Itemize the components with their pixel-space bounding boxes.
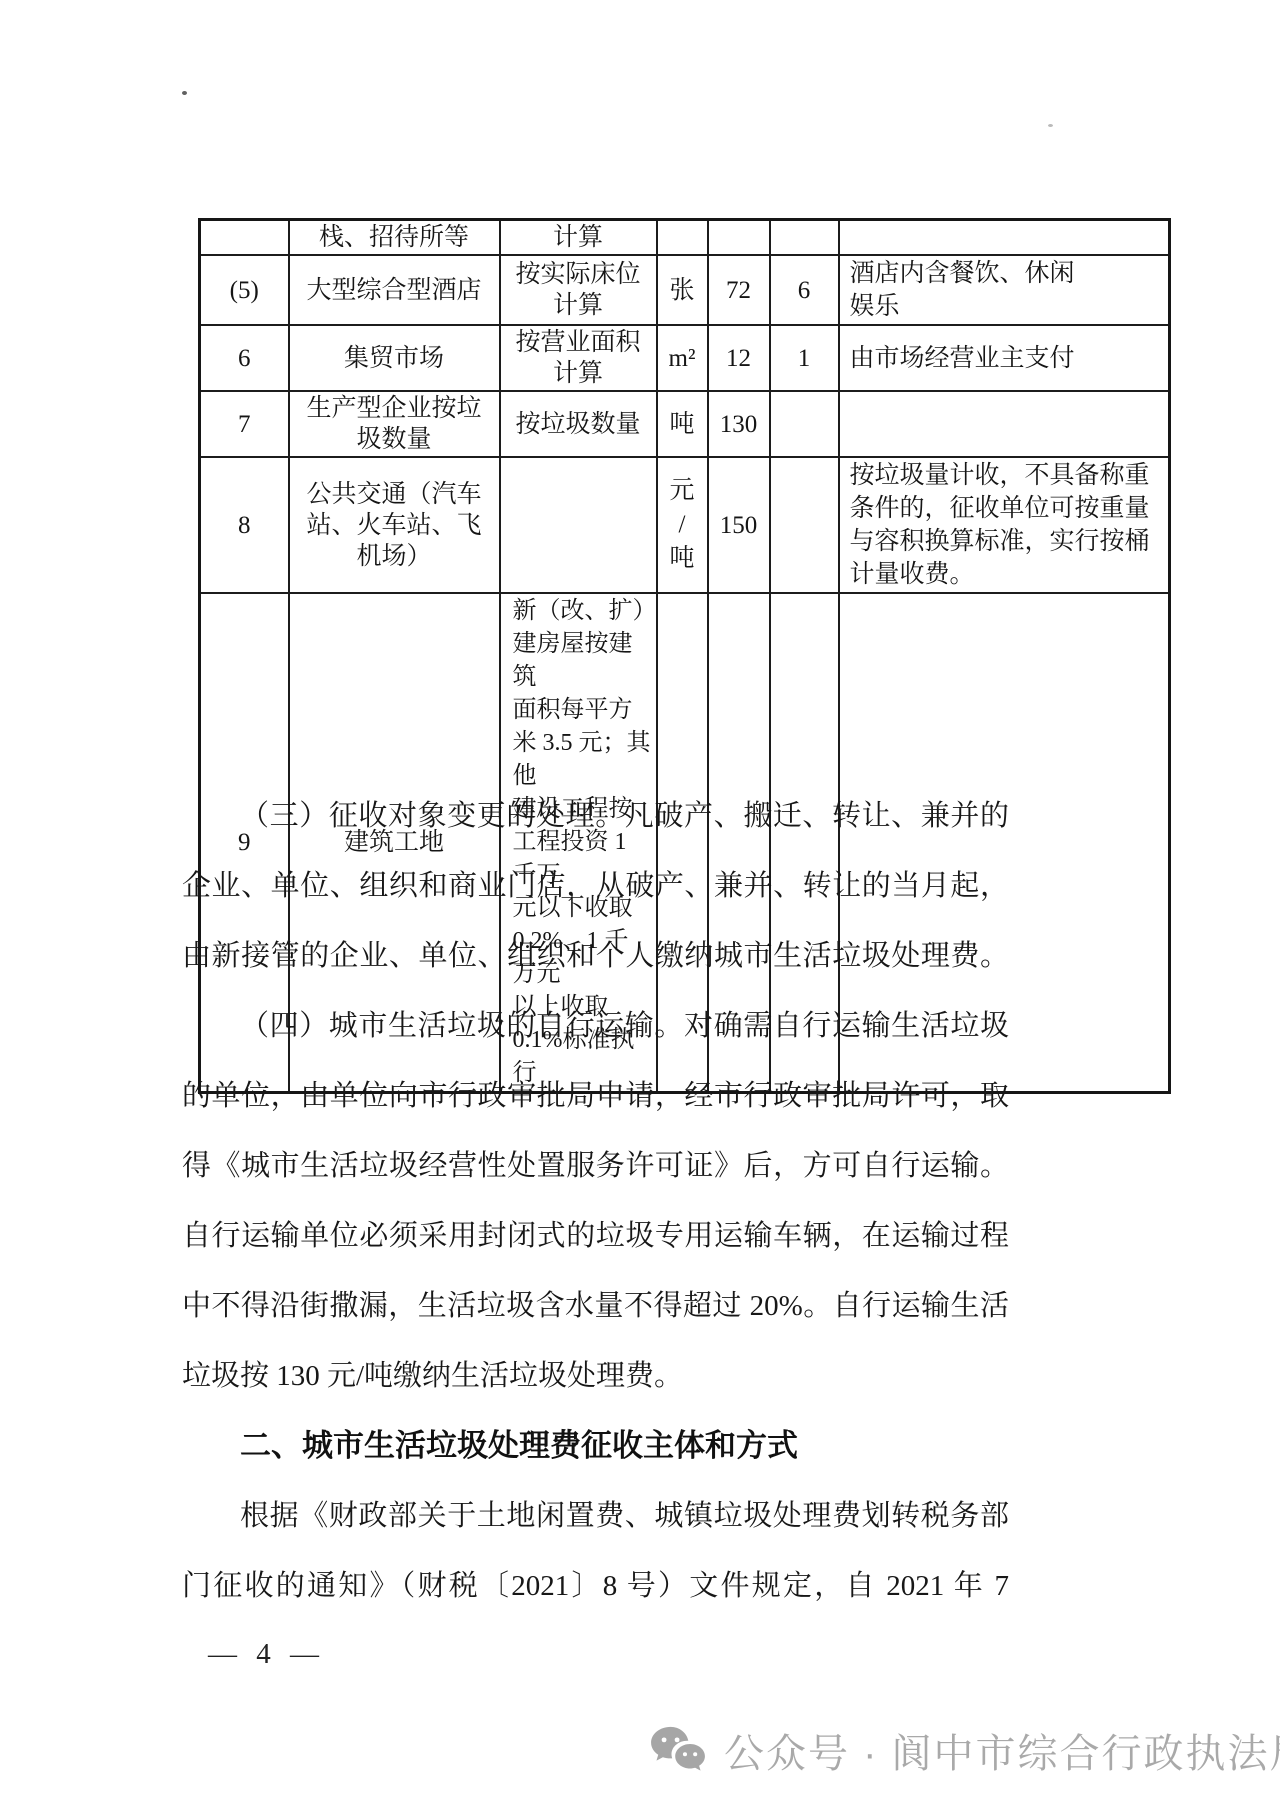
paragraph-line: （四）城市生活垃圾的自行运输。对确需自行运输生活垃圾	[182, 991, 1009, 1061]
cell-remark	[839, 220, 1170, 256]
cell-seq: 7	[200, 391, 289, 457]
paragraph-line: 的单位，由单位向市行政审批局申请，经市行政审批局许可，取	[182, 1061, 1009, 1131]
cell-seq: 8	[200, 457, 289, 593]
table-row: (5) 大型综合型酒店 按实际床位 计算 张 72 6 酒店内含餐饮、休闲 娱乐	[200, 255, 1170, 325]
scan-speck	[1048, 124, 1053, 127]
cell-remark	[839, 391, 1170, 457]
cell-category: 集贸市场	[289, 325, 500, 391]
scan-speck	[182, 91, 187, 95]
wechat-icon	[648, 1725, 708, 1777]
section-heading: 二、城市生活垃圾处理费征收主体和方式	[182, 1411, 1009, 1481]
cell-standard: 130	[708, 391, 770, 457]
table-row: 6 集贸市场 按营业面积 计算 m² 12 1 由市场经营业主支付	[200, 325, 1170, 391]
cell-category: 生产型企业按垃 圾数量	[289, 391, 500, 457]
cell-unit	[657, 220, 708, 256]
cell-category: 大型综合型酒店	[289, 255, 500, 325]
cell-standard: 72	[708, 255, 770, 325]
cell-unit: 元 / 吨	[657, 457, 708, 593]
cell-level	[770, 457, 839, 593]
cell-level: 6	[770, 255, 839, 325]
cell-unit: 张	[657, 255, 708, 325]
cell-category: 公共交通（汽车 站、火车站、飞 机场）	[289, 457, 500, 593]
cell-seq: (5)	[200, 255, 289, 325]
cell-remark: 由市场经营业主支付	[839, 325, 1170, 391]
cell-category: 栈、招待所等	[289, 220, 500, 256]
paragraph-line: 企业、单位、组织和商业门店，从破产、兼并、转让的当月起，	[182, 851, 1009, 921]
cell-level: 1	[770, 325, 839, 391]
paragraph-line: 由新接管的企业、单位、组织和个人缴纳城市生活垃圾处理费。	[182, 921, 1009, 991]
cell-standard: 12	[708, 325, 770, 391]
paragraph-line: 中不得沿街撒漏，生活垃圾含水量不得超过 20%。自行运输生活	[182, 1271, 1009, 1341]
cell-standard: 150	[708, 457, 770, 593]
paragraph-line: 自行运输单位必须采用封闭式的垃圾专用运输车辆，在运输过程	[182, 1201, 1009, 1271]
paragraph-line: 根据《财政部关于土地闲置费、城镇垃圾处理费划转税务部	[182, 1481, 1009, 1551]
paragraph-line: （三）征收对象变更的处理。凡破产、搬迁、转让、兼并的	[182, 781, 1009, 851]
cell-level	[770, 220, 839, 256]
cell-method: 按垃圾数量	[500, 391, 657, 457]
cell-unit: 吨	[657, 391, 708, 457]
footer-banner: 公众号 · 阆中市综合行政执法局	[648, 1722, 1280, 1779]
document-body: （三）征收对象变更的处理。凡破产、搬迁、转让、兼并的 企业、单位、组织和商业门店…	[182, 781, 1009, 1621]
table-row: 栈、招待所等 计算	[200, 220, 1170, 256]
paragraph-line: 得《城市生活垃圾经营性处置服务许可证》后，方可自行运输。	[182, 1131, 1009, 1201]
cell-method	[500, 457, 657, 593]
paragraph-line: 垃圾按 130 元/吨缴纳生活垃圾处理费。	[182, 1341, 1009, 1411]
cell-standard	[708, 220, 770, 256]
cell-seq: 6	[200, 325, 289, 391]
table-row: 8 公共交通（汽车 站、火车站、飞 机场） 元 / 吨 150 按垃圾量计收，不…	[200, 457, 1170, 593]
cell-method: 按实际床位 计算	[500, 255, 657, 325]
cell-remark: 酒店内含餐饮、休闲 娱乐	[839, 255, 1170, 325]
footer-account-label: 公众号 · 阆中市综合行政执法局	[724, 1722, 1280, 1779]
cell-unit: m²	[657, 325, 708, 391]
cell-seq	[200, 220, 289, 256]
table-row: 7 生产型企业按垃 圾数量 按垃圾数量 吨 130	[200, 391, 1170, 457]
cell-remark: 按垃圾量计收，不具备称重 条件的，征收单位可按重量 与容积换算标准，实行按桶 计…	[839, 457, 1170, 593]
page-number: — 4 —	[208, 1638, 325, 1671]
paragraph-line: 门征收的通知》（财税〔2021〕8 号）文件规定，自 2021 年 7	[182, 1551, 1009, 1621]
cell-method: 按营业面积 计算	[500, 325, 657, 391]
cell-level	[770, 391, 839, 457]
cell-method: 计算	[500, 220, 657, 256]
